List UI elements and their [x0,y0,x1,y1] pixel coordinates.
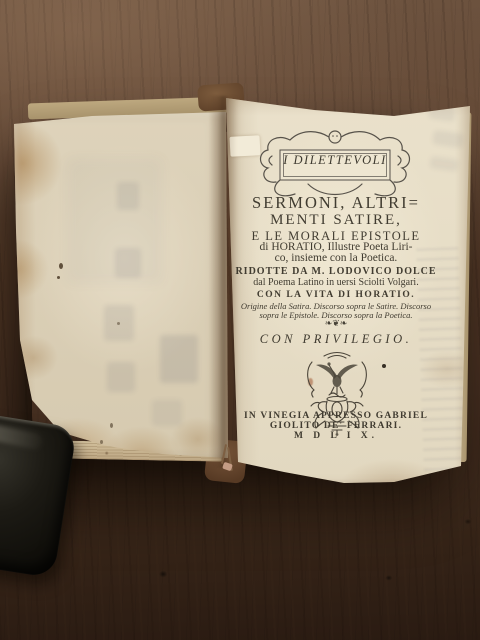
showthrough-mark [160,335,198,383]
ink-speck [59,263,63,269]
title-page-content: I DILETTEVOLI SERMONI, ALTRI= MENTI SATI… [224,92,448,488]
title-line: SERMONI, ALTRI= [224,195,448,212]
showthrough-mark [117,182,139,210]
privilege-line: CON PRIVILEGIO. [224,333,448,346]
cartouche-title: I DILETTEVOLI [250,153,420,168]
left-page-blank [12,110,228,464]
showthrough-mark [115,248,141,278]
title-line: MENTI SATIRE, [224,213,448,228]
ink-speck [57,276,60,279]
imprint-date: M D L I X. [224,432,448,442]
ink-speck [100,440,103,444]
editor-line: dal Poema Latino in uersi Sciolti Volgar… [224,278,448,288]
vita-line: CON LA VITA DI HORATIO. [224,291,448,301]
ink-speck [110,423,113,428]
editor-line: RIDOTTE DA M. LODOVICO DOLCE [224,267,448,277]
right-page-title: I DILETTEVOLI SERMONI, ALTRI= MENTI SATI… [224,92,472,488]
photo-of-antique-book: I DILETTEVOLI SERMONI, ALTRI= MENTI SATI… [0,0,480,640]
ink-speck [117,322,120,325]
black-object-gloss-highlight [0,420,44,451]
showthrough-mark [107,362,135,392]
fleuron-ornament-icon: ❧❦❧ [224,320,448,329]
showthrough-mark [152,400,182,426]
title-line: co, insieme con la Poetica. [224,253,448,265]
